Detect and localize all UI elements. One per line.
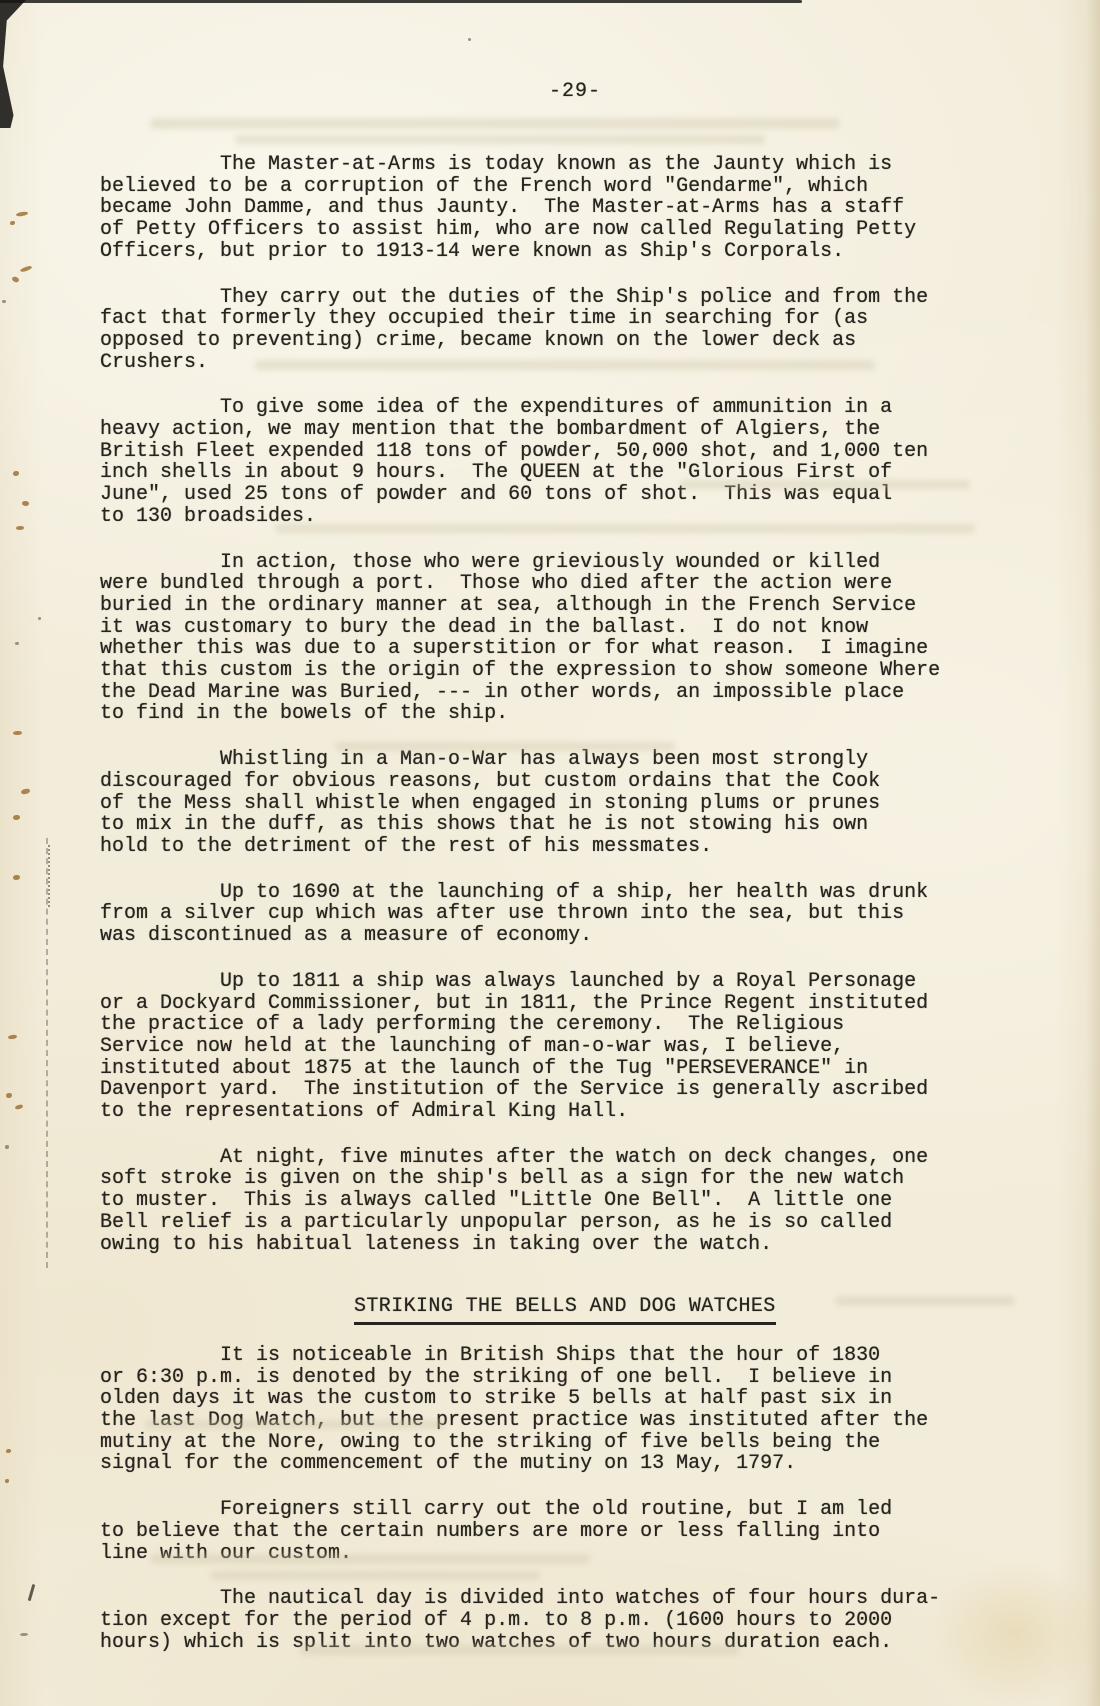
ink-speck	[2, 300, 6, 303]
paragraph-ammunition: To give some idea of the expenditures of…	[100, 397, 1000, 527]
foxing-speck	[13, 731, 22, 735]
foxing-speck	[13, 815, 20, 820]
margin-dashed-line	[46, 838, 48, 1268]
document-page: -29- The Master-at-Arms is today known a…	[0, 0, 1100, 1706]
paper-edge-shadow	[1086, 0, 1100, 1706]
paragraph-nautical-day: The nautical day is divided into watches…	[100, 1588, 1000, 1653]
paragraph-launch-1811: Up to 1811 a ship was always launched by…	[100, 971, 1000, 1123]
foxing-speck	[20, 265, 33, 273]
foxing-speck	[11, 276, 20, 284]
paragraph-whistling: Whistling in a Man-o-War has always been…	[100, 749, 1000, 858]
paragraph-launch-1690: Up to 1690 at the launching of a ship, h…	[100, 882, 1000, 947]
paragraph-burial-at-sea: In action, those who were grieviously wo…	[100, 552, 1000, 726]
foxing-speck	[6, 1093, 12, 1098]
margin-dashed-line	[48, 845, 50, 907]
paragraph-master-at-arms: The Master-at-Arms is today known as the…	[100, 154, 1000, 263]
document-body: The Master-at-Arms is today known as the…	[100, 154, 1000, 1677]
foxing-speck	[13, 875, 20, 880]
foxing-speck	[8, 1035, 17, 1040]
paragraph-little-one-bell: At night, five minutes after the watch o…	[100, 1147, 1000, 1256]
foxing-speck	[15, 1104, 24, 1110]
foxing-speck	[16, 211, 28, 217]
bleed-through-smudge	[150, 118, 840, 129]
foxing-speck	[13, 471, 19, 476]
paragraph-striking-bells: It is noticeable in British Ships that t…	[100, 1345, 1000, 1475]
paragraph-foreigners: Foreigners still carry out the old routi…	[100, 1499, 1000, 1564]
ink-speck	[468, 38, 471, 41]
copy-edge-corner	[0, 0, 26, 128]
foxing-speck	[10, 221, 15, 225]
ink-speck	[15, 642, 19, 645]
foxing-speck	[16, 526, 24, 530]
foxing-speck	[22, 500, 30, 506]
pencil-dash-mark	[20, 1633, 28, 1636]
section-heading-text: STRIKING THE BELLS AND DOG WATCHES	[354, 1296, 776, 1325]
page-number: -29-	[25, 80, 1100, 103]
paragraph-ships-police: They carry out the duties of the Ship's …	[100, 287, 1000, 374]
bleed-through-smudge	[235, 135, 765, 144]
foxing-speck	[5, 1479, 9, 1483]
pencil-slash-mark	[28, 1584, 35, 1601]
copy-edge-top	[0, 0, 802, 3]
section-heading: STRIKING THE BELLS AND DOG WATCHES	[354, 1296, 1000, 1325]
foxing-speck	[21, 788, 31, 795]
ink-speck	[5, 1145, 9, 1149]
ink-speck	[38, 617, 41, 620]
foxing-speck	[6, 1449, 11, 1453]
